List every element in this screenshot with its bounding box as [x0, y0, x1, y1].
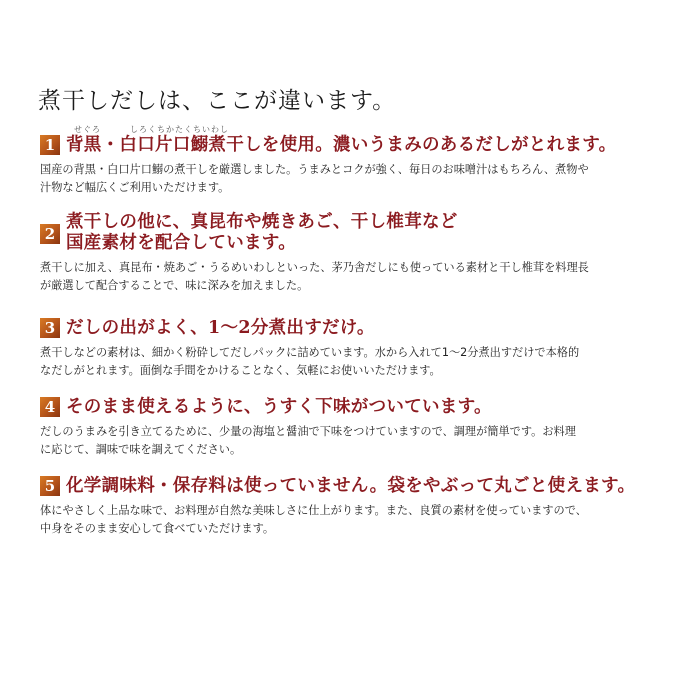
body-line: 体にやさしく上品な味で、お料理が自然な美味しさに仕上がります。また、良質の素材を…: [40, 502, 680, 520]
ruby-annotation: しろくちかたくちいわし: [130, 124, 229, 135]
body-line: が厳選して配合することで、味に深みを加えました。: [40, 277, 680, 295]
heading-line: そのまま使えるように、うすく下味がついています。: [66, 397, 492, 418]
section-body: 煮干しに加え、真昆布・焼あご・うるめいわしといった、茅乃舎だしにも使っている素材…: [40, 259, 680, 295]
heading-line: だしの出がよく、1〜2分煮出すだけ。: [66, 318, 375, 339]
section-heading: 背黒・白口片口鰯煮干しを使用。濃いうまみのあるだしがとれます。: [66, 135, 616, 156]
body-line: 煮干しに加え、真昆布・焼あご・うるめいわしといった、茅乃舎だしにも使っている素材…: [40, 259, 680, 277]
feature-section-5: 5 化学調味料・保存料は使っていません。袋をやぶって丸ごと使えます。 体にやさし…: [40, 476, 680, 538]
section-body: 体にやさしく上品な味で、お料理が自然な美味しさに仕上がります。また、良質の素材を…: [40, 502, 680, 538]
section-body: 煮干しなどの素材は、細かく粉砕してだしパックに詰めています。水から入れて1〜2分…: [40, 344, 680, 380]
body-line: 汁物など幅広くご利用いただけます。: [40, 179, 680, 197]
heading-line: 煮干しの他に、真昆布や焼きあご、干し椎茸など: [66, 212, 458, 233]
number-badge: 2: [40, 224, 60, 244]
section-body: 国産の背黒・白口片口鰯の煮干しを厳選しました。うまみとコクが強く、毎日のお味噌汁…: [40, 161, 680, 197]
section-heading-row: 4 そのまま使えるように、うすく下味がついています。: [40, 397, 680, 418]
ruby-annotation: せぐろ: [74, 124, 101, 135]
section-heading: 煮干しの他に、真昆布や焼きあご、干し椎茸など 国産素材を配合しています。: [66, 212, 458, 254]
body-line: なだしがとれます。面倒な手間をかけることなく、気軽にお使いいただけます。: [40, 362, 680, 380]
section-heading-row: 2 煮干しの他に、真昆布や焼きあご、干し椎茸など 国産素材を配合しています。: [40, 212, 680, 254]
body-line: だしのうまみを引き立てるために、少量の海塩と醤油で下味をつけていますので、調理が…: [40, 423, 680, 441]
section-heading-row: 1 せぐろ しろくちかたくちいわし 背黒・白口片口鰯煮干しを使用。濃いうまみのあ…: [40, 135, 680, 156]
number-badge: 1: [40, 135, 60, 155]
number-badge: 5: [40, 476, 60, 496]
section-heading: 化学調味料・保存料は使っていません。袋をやぶって丸ごと使えます。: [66, 476, 635, 497]
section-heading: そのまま使えるように、うすく下味がついています。: [66, 397, 492, 418]
number-badge: 3: [40, 318, 60, 338]
section-body: だしのうまみを引き立てるために、少量の海塩と醤油で下味をつけていますので、調理が…: [40, 423, 680, 459]
feature-section-4: 4 そのまま使えるように、うすく下味がついています。 だしのうまみを引き立てるた…: [40, 397, 680, 459]
section-heading: だしの出がよく、1〜2分煮出すだけ。: [66, 318, 375, 339]
section-heading-row: 5 化学調味料・保存料は使っていません。袋をやぶって丸ごと使えます。: [40, 476, 680, 497]
body-line: 国産の背黒・白口片口鰯の煮干しを厳選しました。うまみとコクが強く、毎日のお味噌汁…: [40, 161, 680, 179]
feature-section-3: 3 だしの出がよく、1〜2分煮出すだけ。 煮干しなどの素材は、細かく粉砕してだし…: [40, 318, 680, 380]
number-badge: 4: [40, 397, 60, 417]
feature-section-2: 2 煮干しの他に、真昆布や焼きあご、干し椎茸など 国産素材を配合しています。 煮…: [40, 212, 680, 295]
feature-section-1: 1 せぐろ しろくちかたくちいわし 背黒・白口片口鰯煮干しを使用。濃いうまみのあ…: [40, 135, 680, 197]
heading-line: 化学調味料・保存料は使っていません。袋をやぶって丸ごと使えます。: [66, 476, 635, 497]
body-line: 中身をそのまま安心して食べていただけます。: [40, 520, 680, 538]
body-line: に応じて、調味で味を調えてください。: [40, 441, 680, 459]
section-heading-row: 3 だしの出がよく、1〜2分煮出すだけ。: [40, 318, 680, 339]
page-title: 煮干しだしは、ここが違います。: [38, 82, 396, 115]
heading-line: 背黒・白口片口鰯煮干しを使用。濃いうまみのあるだしがとれます。: [66, 135, 616, 156]
body-line: 煮干しなどの素材は、細かく粉砕してだしパックに詰めています。水から入れて1〜2分…: [40, 344, 680, 362]
heading-line: 国産素材を配合しています。: [66, 233, 458, 254]
